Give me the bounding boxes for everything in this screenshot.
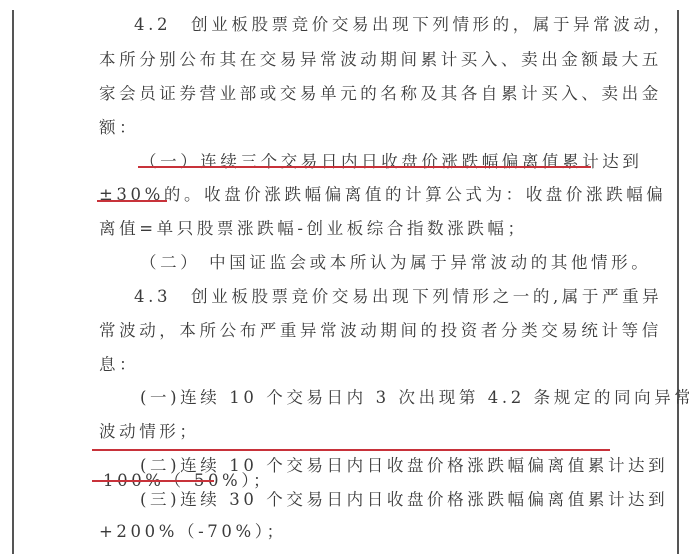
text-line: 家会员证券营业部或交易单元的名称及其各自累计买入、卖出金 [99, 83, 662, 105]
text-line-highlighted: ±30%的。收盘价涨跌幅偏离值的计算公式为：收盘价涨跌幅偏 [99, 184, 666, 206]
text-line-highlighted: （一）连续三个交易日内日收盘价涨跌幅偏离值累计达到 [140, 151, 643, 173]
text-line: (三)连续 30 个交易日内日收盘价格涨跌幅偏离值累计达到 [140, 489, 668, 511]
red-underline [92, 449, 610, 451]
text-line: 常波动，本所公布严重异常波动期间的投资者分类交易统计等信 [99, 320, 662, 342]
text-line: 本所分别公布其在交易异常波动期间累计买入、卖出金额最大五 [99, 49, 662, 71]
text-line: 4.2 创业板股票竞价交易出现下列情形的，属于异常波动， [134, 14, 674, 36]
text-line: 4.3 创业板股票竞价交易出现下列情形之一的,属于严重异 [134, 286, 662, 308]
text-line: 额： [99, 117, 139, 139]
page-left-border [12, 10, 14, 554]
text-line: 息： [99, 354, 139, 376]
red-underline [92, 480, 214, 482]
text-line: 离值=单只股票涨跌幅-创业板综合指数涨跌幅； [99, 218, 528, 240]
page-right-border [677, 10, 679, 554]
text-line: 波动情形； [99, 421, 200, 443]
red-underline [97, 200, 167, 202]
text-line: （二） 中国证监会或本所认为属于异常波动的其他情形。 [140, 252, 651, 274]
red-underline [138, 166, 591, 168]
text-line: (一)连续 10 个交易日内 3 次出现第 4.2 条规定的同向异常 [140, 387, 689, 409]
text-line: +200%（-70%）； [99, 521, 287, 543]
